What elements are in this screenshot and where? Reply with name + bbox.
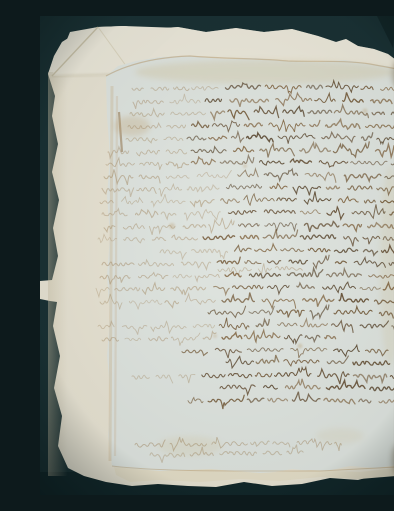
scan-canvas xyxy=(40,16,394,495)
manuscript-scan: Archival photograph of an early-modern h… xyxy=(40,16,394,495)
vignette-overlay xyxy=(40,16,394,495)
